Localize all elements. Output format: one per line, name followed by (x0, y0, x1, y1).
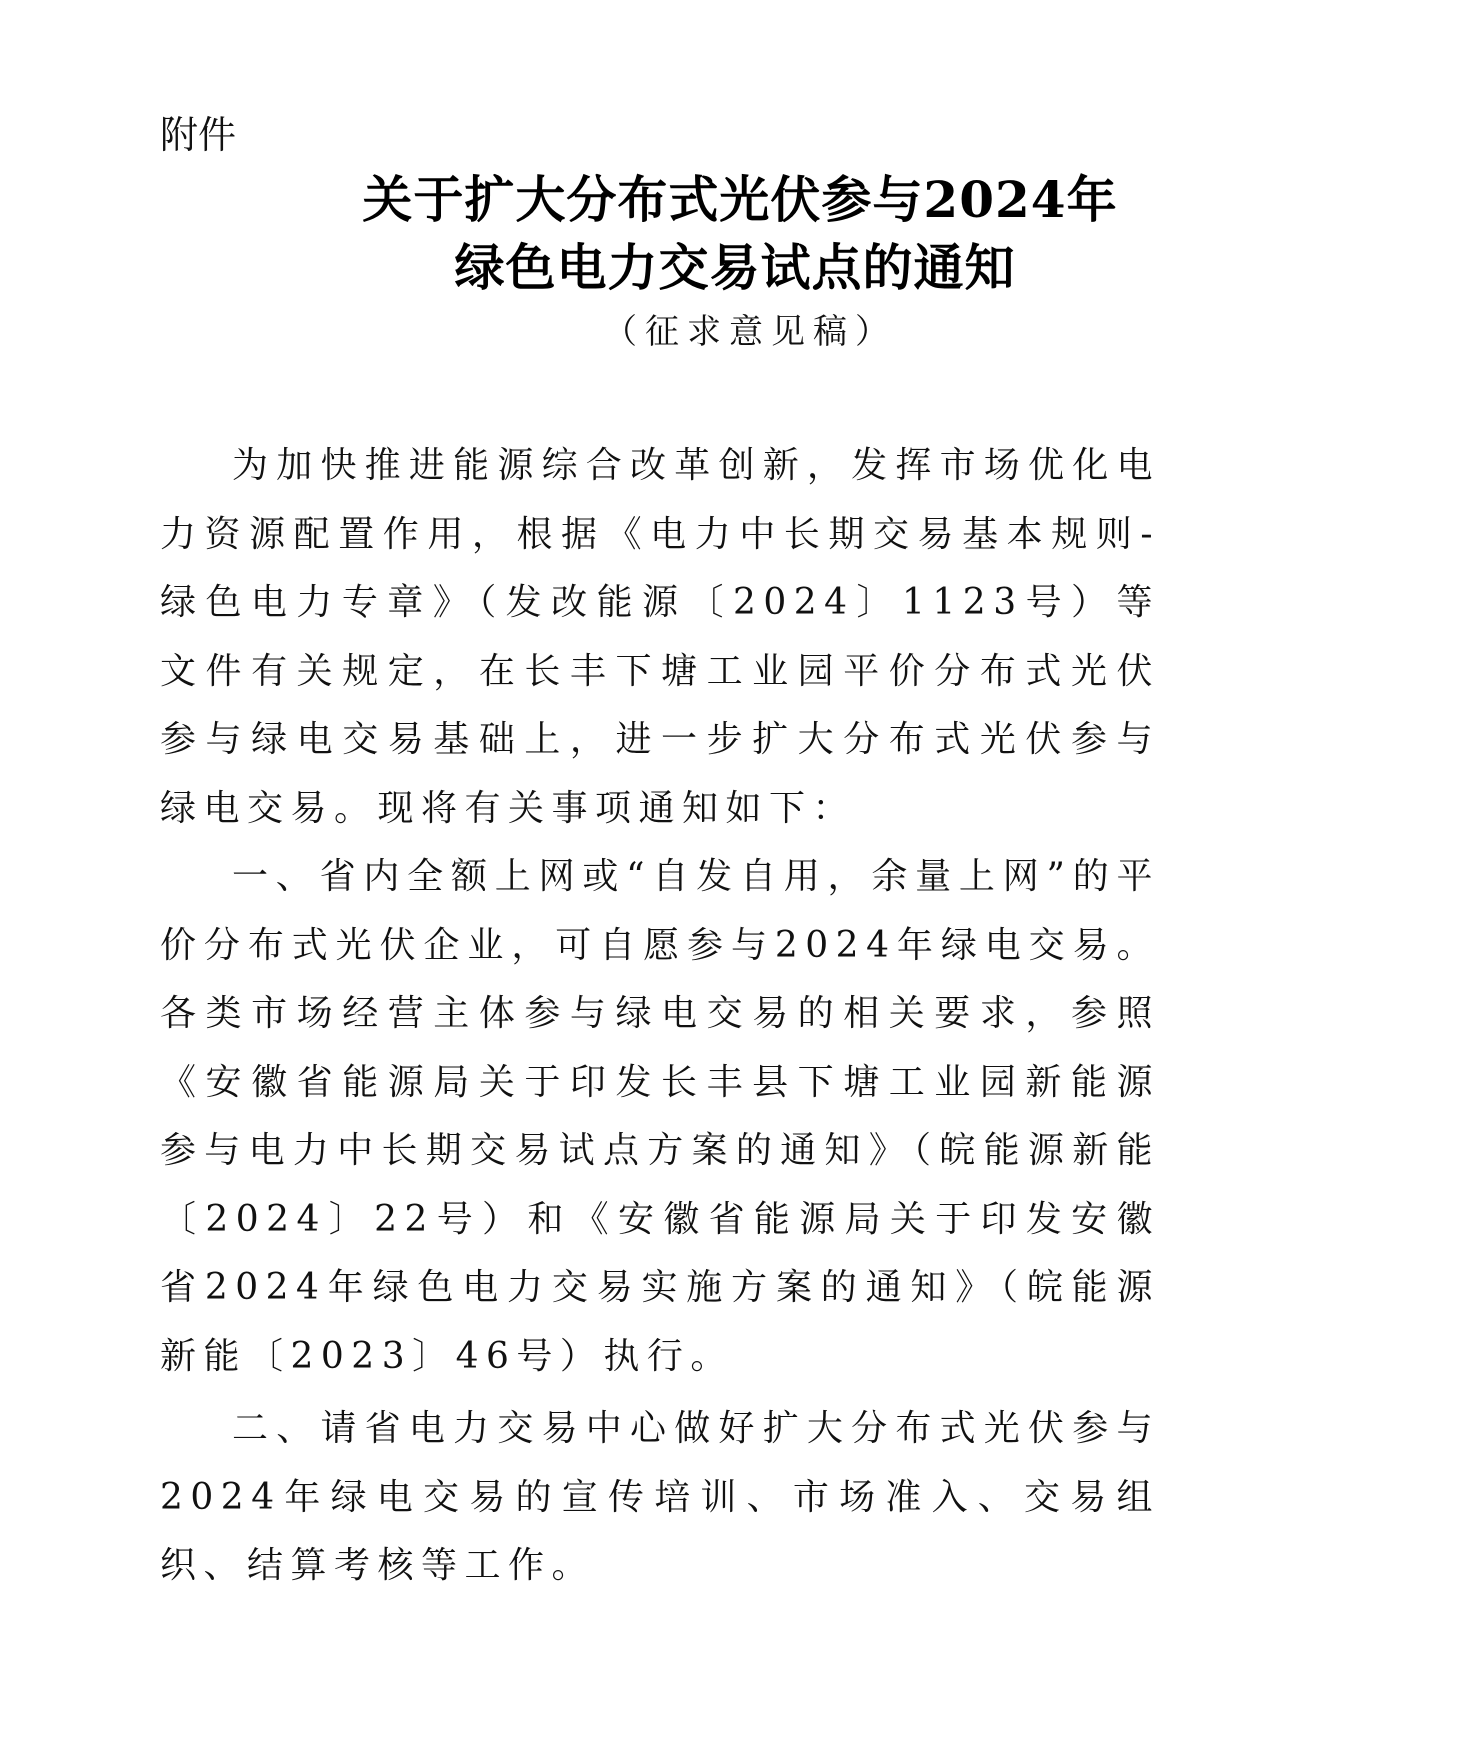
item-one-paragraph: 一、省内全额上网或“自发自用，余量上网”的平价分布式光伏企业，可自愿参与2024… (160, 843, 1160, 1391)
title-line-1: 关于扩大分布式光伏参与2024年 (0, 160, 1470, 232)
intro-paragraph: 为加快推进能源综合改革创新，发挥市场优化电力资源配置作用，根据《电力中长期交易基… (160, 432, 1160, 843)
item-two-paragraph: 二、请省电力交易中心做好扩大分布式光伏参与2024年绿电交易的宣传培训、市场准入… (160, 1395, 1160, 1601)
title-line-2: 绿色电力交易试点的通知 (0, 228, 1470, 300)
document-page: 附件 关于扩大分布式光伏参与2024年 绿色电力交易试点的通知 （征求意见稿） … (0, 0, 1470, 1760)
document-body: 为加快推进能源综合改革创新，发挥市场优化电力资源配置作用，根据《电力中长期交易基… (160, 432, 1160, 1601)
attachment-label: 附件 (160, 104, 236, 159)
draft-subtitle: （征求意见稿） (0, 304, 1470, 353)
